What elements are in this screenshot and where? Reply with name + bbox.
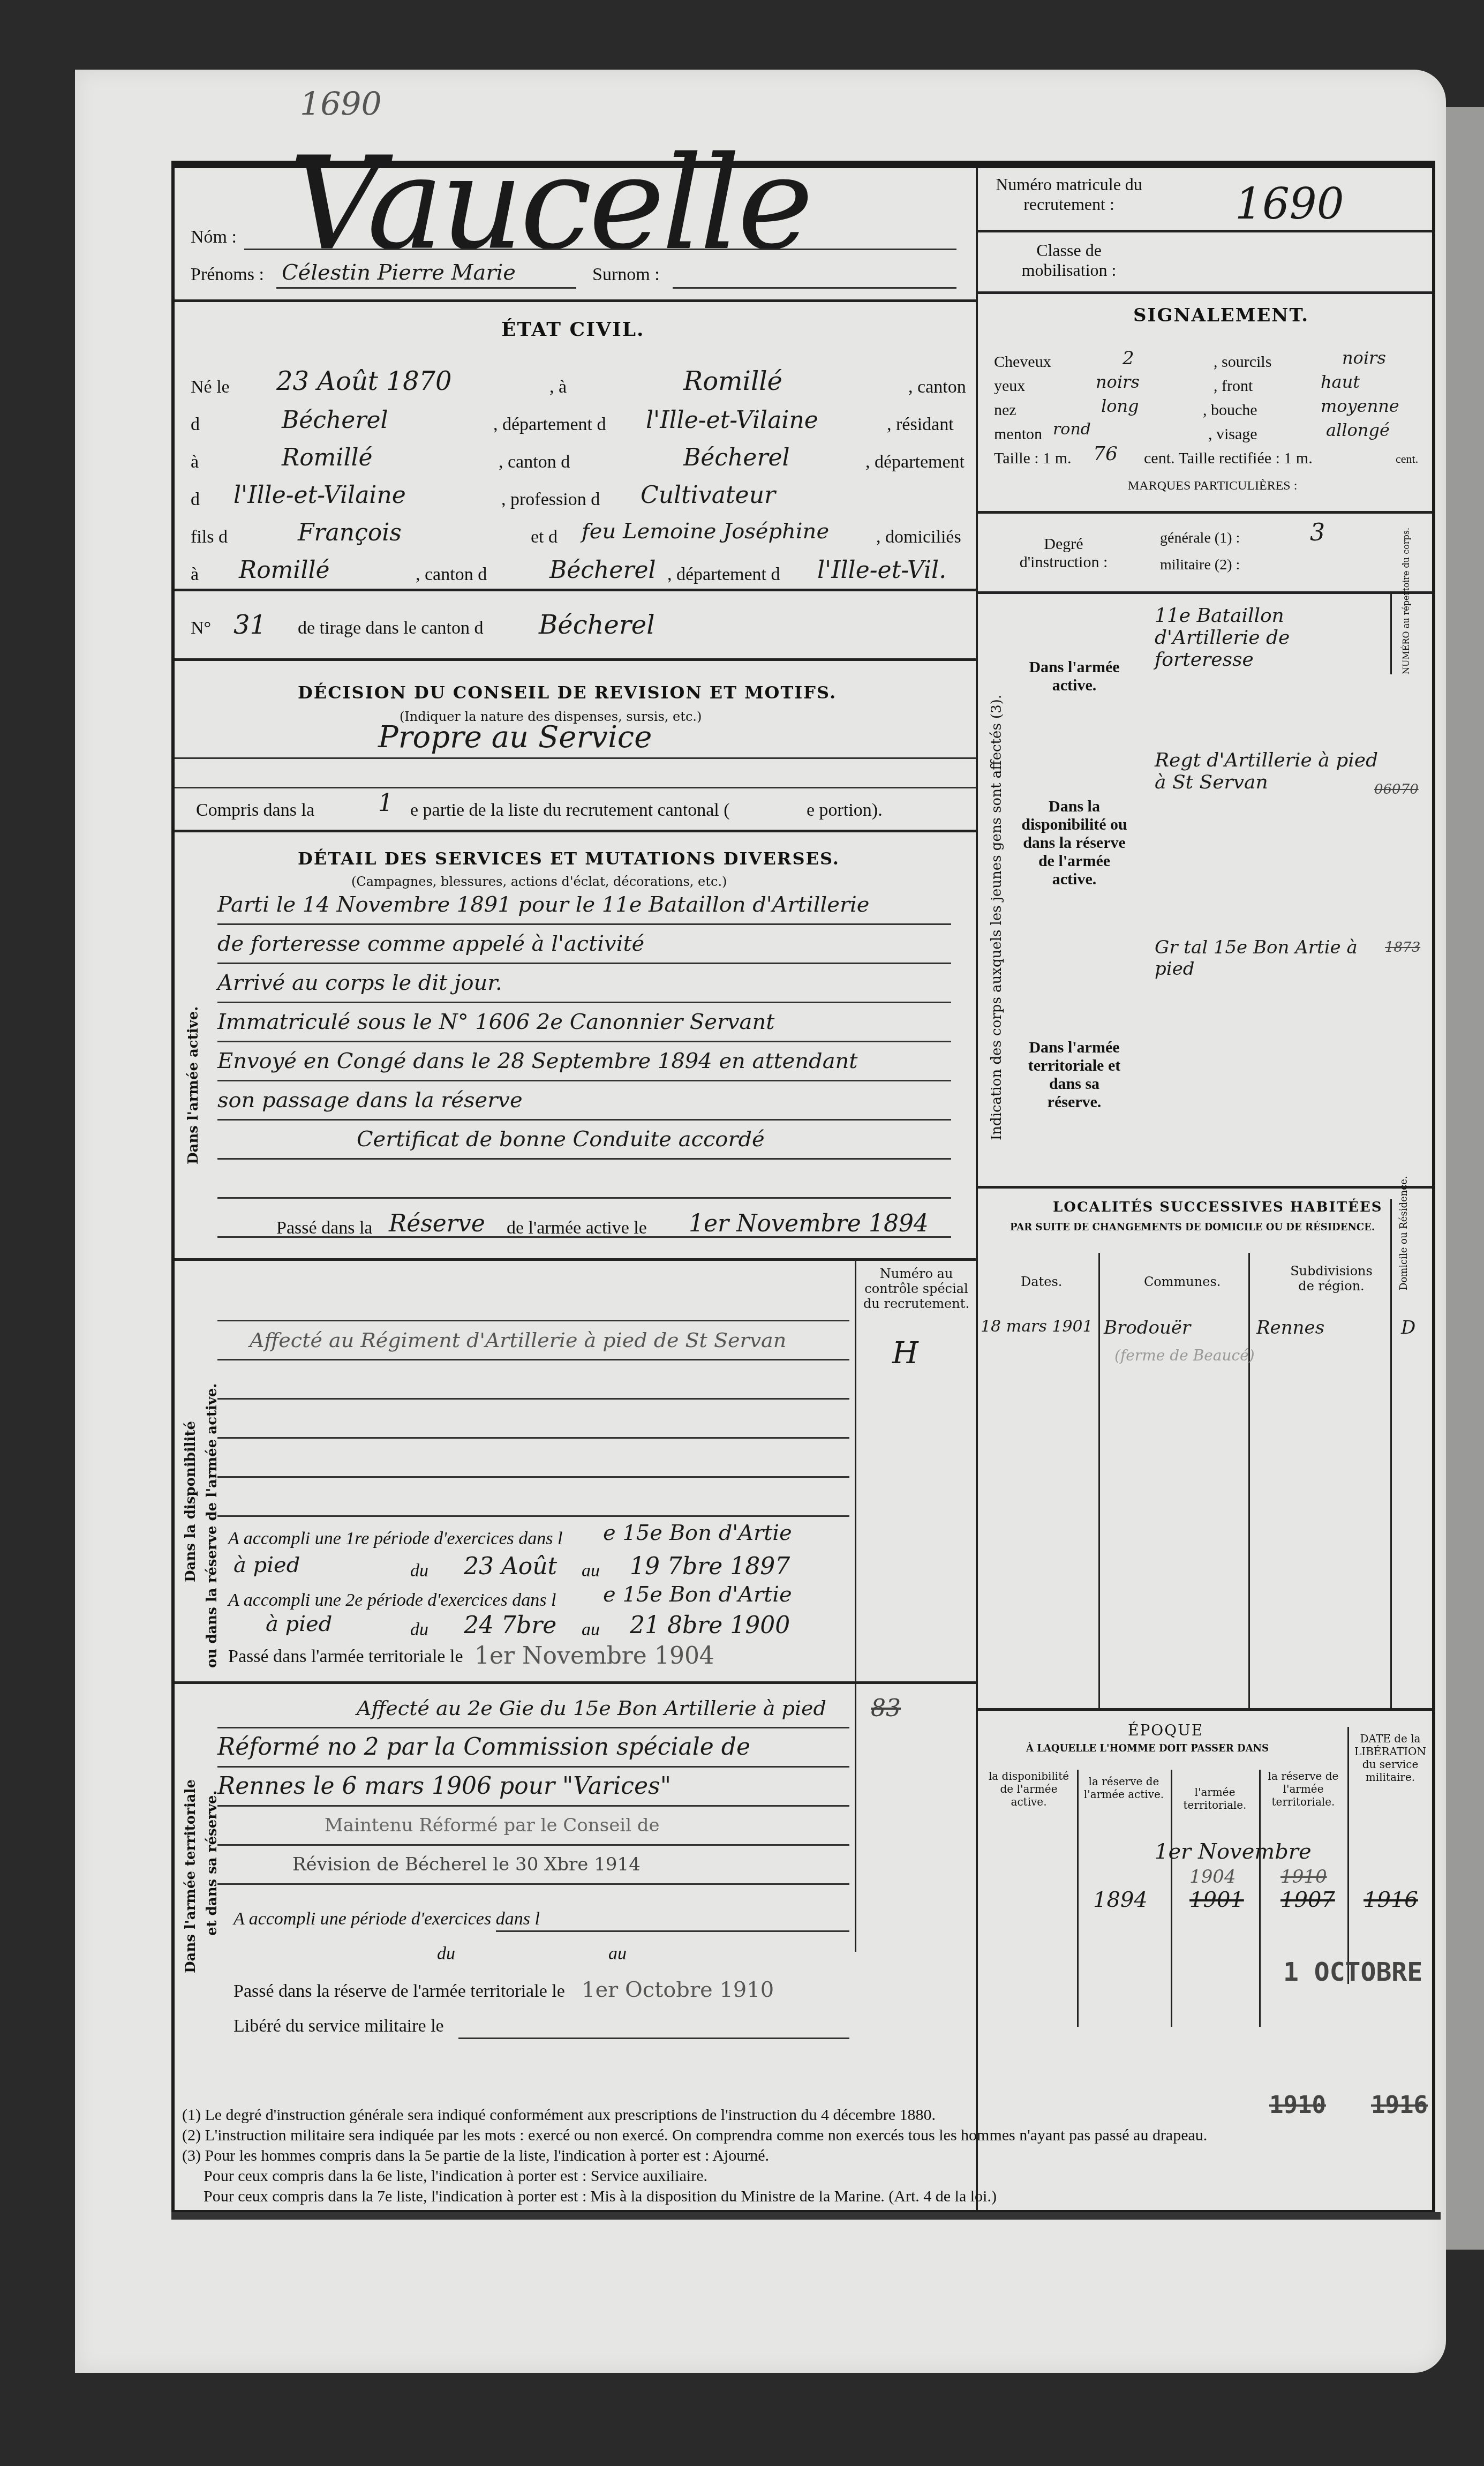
front-label: , front — [1214, 377, 1253, 395]
tirage-canton-label: de tirage dans le canton d — [298, 618, 483, 638]
periode1-label: A accompli une 1re période d'exercices d… — [228, 1529, 562, 1549]
territoriale-numero: 83 — [871, 1695, 901, 1722]
dispo-line-empty — [217, 1360, 849, 1400]
periode2-corps-2: à pied — [266, 1612, 332, 1636]
service-line: Parti le 14 Novembre 1891 pour le 11e Ba… — [217, 886, 951, 925]
revision-stamp-line: Révision de Bécherel le 30 Xbre 1914 — [217, 1846, 849, 1885]
service-line: Envoyé en Congé dans le 28 Septembre 189… — [217, 1042, 951, 1081]
service-line: de forteresse comme appelé à l'activité — [217, 925, 951, 964]
a-label: , à — [549, 377, 567, 397]
localites-section: LOCALITÉS SUCCESSIVES HABITÉES PAR SUITE… — [978, 1189, 1432, 1711]
birth-place: Romillé — [683, 366, 782, 396]
disponibilite-lines: Affecté au Régiment d'Artillerie à pied … — [217, 1282, 849, 1517]
periode1-du: 23 Août — [464, 1553, 557, 1580]
affecte-line: Affecté au Régiment d'Artillerie à pied … — [217, 1321, 849, 1360]
residence-dept-label: , département — [865, 452, 965, 472]
nom-line — [244, 249, 956, 250]
disponibilite-side-label-1: Dans la disponibilité — [183, 1421, 199, 1582]
ne-le-label: Né le — [191, 377, 230, 397]
footnote-1: (1) Le degré d'instruction générale sera… — [182, 2105, 1207, 2125]
services-title: DÉTAIL DES SERVICES ET MUTATIONS DIVERSE… — [298, 848, 840, 869]
birth-canton: Bécherel — [282, 407, 388, 434]
birth-departement: l'Ille-et-Vilaine — [646, 407, 818, 434]
periode1-au: 19 7bre 1897 — [630, 1553, 790, 1580]
passe-territoriale-value: 1er Novembre 1904 — [474, 1642, 714, 1670]
matricule-value: 1690 — [1235, 179, 1344, 229]
services-lines: Parti le 14 Novembre 1891 pour le 11e Ba… — [217, 886, 951, 1238]
visage-value: allongé — [1326, 420, 1390, 440]
numero-column-divider — [855, 1261, 856, 1684]
residence-value: Romillé — [282, 444, 373, 471]
localite-date: 18 mars 1901 — [981, 1317, 1093, 1336]
left-column: Nóm : Prénoms : Célestin Pierre Marie Su… — [175, 168, 978, 2210]
disponibilite-section: Dans la disponibilité ou dans la réserve… — [175, 1261, 976, 1684]
bouche-value: moyenne — [1321, 396, 1399, 416]
service-line-empty — [217, 1160, 951, 1199]
domicile-value: Romillé — [239, 557, 330, 584]
localite-dr: D — [1401, 1317, 1415, 1339]
yeux-value: noirs — [1096, 372, 1140, 392]
cheveux-value: 2 — [1123, 348, 1134, 369]
bouche-label: , bouche — [1203, 401, 1257, 419]
corps-disponibilite-numero: 06070 — [1374, 781, 1419, 798]
date-stamp-year-1910: 1910 — [1269, 2092, 1326, 2119]
localite-subdivision: Rennes — [1256, 1317, 1324, 1339]
epoque-liberation-value: 1916 — [1364, 1888, 1418, 1912]
corps-active-label: Dans l'armée active. — [1021, 658, 1128, 695]
mother-name: feu Lemoine Joséphine — [582, 519, 829, 544]
corps-disponibilite-label: Dans la disponibilité ou dans la réserve… — [1021, 798, 1128, 889]
epoque-divider — [1171, 1770, 1172, 2027]
corps-territoriale-numero: 1873 — [1385, 939, 1420, 956]
taille-label: Taille : 1 m. — [994, 449, 1072, 468]
marques-title: MARQUES PARTICULIÈRES : — [1128, 479, 1297, 493]
nez-value: long — [1101, 396, 1139, 416]
epoque-title: ÉPOQUE — [1128, 1721, 1203, 1739]
epoque-territoriale-struck: 1901 — [1189, 1888, 1244, 1912]
epoque-reserve-territoriale-corrected: 1910 — [1280, 1866, 1327, 1888]
profession-label: , profession d — [501, 490, 600, 510]
localites-col-subdivisions: Subdivisions de région. — [1286, 1264, 1377, 1294]
repertoire-label: NUMÉRO au répertoire du corps. — [1401, 528, 1411, 674]
footnote-2: (2) L'instruction militaire sera indiqué… — [182, 2125, 1207, 2146]
date-stamp-year-1916: 1916 — [1371, 2092, 1428, 2119]
tirage-number: 31 — [233, 610, 266, 640]
dispo-line-empty — [217, 1282, 849, 1321]
passe-date-label: de l'armée active le — [507, 1218, 647, 1238]
fils-label: fils d — [191, 527, 228, 547]
decision-line — [175, 757, 976, 759]
decision-section: DÉCISION DU CONSEIL DE REVISION ET MOTIF… — [175, 661, 976, 832]
domicile-canton-value: Bécherel — [549, 557, 656, 584]
canton-prefix: d — [191, 415, 200, 435]
territoriale-lines: Affecté au 2e Gie du 15e Bon Artillerie … — [217, 1689, 849, 1885]
periode1-corps-2: à pied — [233, 1553, 300, 1577]
degre-instruction-label: Degré d'instruction : — [1010, 535, 1117, 572]
service-line: Immatriculé sous le N° 1606 2e Canonnier… — [217, 1003, 951, 1042]
et-de-label: et d — [531, 527, 558, 547]
epoque-month: 1er Novembre — [1155, 1839, 1312, 1864]
residence-canton-value: Bécherel — [683, 444, 790, 471]
dispo-line-empty — [217, 1478, 849, 1517]
date-stamp-octobre: 1 OCTOBRE — [1283, 1957, 1422, 1987]
localites-col-dr: Domicile ou Résidence. — [1398, 1205, 1410, 1290]
epoque-reserve-active-year: 1894 — [1093, 1888, 1148, 1912]
residence-canton-label: , canton d — [499, 452, 570, 472]
localites-col-communes: Communes. — [1144, 1274, 1221, 1289]
epoque-divider — [1259, 1770, 1261, 2027]
nez-label: nez — [994, 401, 1016, 419]
passe-reserve-label: Passé dans la — [276, 1218, 372, 1238]
front-value: haut — [1321, 372, 1360, 392]
localites-title: LOCALITÉS SUCCESSIVES HABITÉES — [1053, 1199, 1382, 1215]
service-line: Arrivé au corps le dit jour. — [217, 964, 951, 1003]
passe-reserve-value: Réserve — [389, 1210, 485, 1237]
maintenu-stamp-line: Maintenu Réformé par le Conseil de — [217, 1807, 849, 1846]
menton-label: menton — [994, 425, 1042, 443]
tirage-section: N° 31 de tirage dans le canton d Béchere… — [175, 591, 976, 661]
periode2-du-label: du — [410, 1620, 428, 1640]
periode2-label: A accompli une 2e période d'exercices da… — [228, 1590, 556, 1611]
compris-label-2: e partie de la liste du recrutement cant… — [410, 800, 730, 821]
periode2-corps: e 15e Bon d'Artie — [603, 1582, 792, 1607]
decision-line-2 — [175, 787, 976, 788]
localites-divider — [1390, 1199, 1392, 1711]
taille-rectifiee-label: cent. Taille rectifiée : 1 m. — [1144, 449, 1313, 468]
tirage-canton-value: Bécherel — [539, 610, 655, 640]
classe-block: Classe de mobilisation : — [978, 232, 1432, 294]
father-name: François — [298, 519, 402, 546]
classe-label: Classe de mobilisation : — [994, 240, 1144, 280]
territoriale-du-label: du — [437, 1944, 455, 1964]
compris-partie-value: 1 — [378, 790, 393, 817]
localites-divider — [1098, 1253, 1100, 1711]
passe-reserve-territoriale-value: 1er Octobre 1910 — [582, 1978, 774, 2002]
departement-label: , département d — [493, 415, 606, 435]
epoque-reserve-territoriale-struck: 1907 — [1280, 1888, 1335, 1912]
adjacent-page-edge — [1446, 107, 1484, 2250]
residence-prefix: à — [191, 452, 199, 472]
taille-value: 76 — [1093, 443, 1118, 465]
militaire-label: militaire (2) : — [1160, 557, 1240, 574]
numero-controle-header: Numéro au contrôle spécial du recrutemen… — [863, 1266, 970, 1311]
residant-label: , résidant — [887, 415, 954, 435]
etat-civil-section: ÉTAT CIVIL. Né le 23 Août 1870 , à Romil… — [175, 302, 976, 591]
yeux-label: yeux — [994, 377, 1025, 395]
dispo-line-empty — [217, 1400, 849, 1439]
epoque-col-territoriale: l'armée territoriale. — [1173, 1786, 1256, 1811]
periode-line — [496, 1930, 849, 1932]
prenoms-label: Prénoms : — [191, 265, 264, 285]
compris-label: Compris dans la — [196, 800, 314, 821]
periode1-du-label: du — [410, 1561, 428, 1581]
profession-value: Cultivateur — [641, 482, 775, 509]
domicilies-label: , domiciliés — [876, 527, 961, 547]
epoque-col-disponibilite: la disponibilité de l'armée active. — [983, 1770, 1074, 1808]
footnote-3b: Pour ceux compris dans la 6e liste, l'in… — [182, 2166, 1207, 2186]
territoriale-periode-label: A accompli une période d'exercices dans … — [233, 1909, 540, 1929]
decision-value: Propre au Service — [378, 720, 652, 755]
surnom-line — [673, 287, 956, 289]
epoque-col-liberation: DATE de la LIBÉRATION du service militai… — [1353, 1732, 1428, 1784]
matricule-block: Numéro matricule du recrutement : 1690 — [978, 168, 1432, 232]
localite-commune: Brodouër — [1104, 1317, 1191, 1339]
corps-side-label: Indication des corps auxquels les jeunes… — [989, 695, 1005, 1140]
domicile-canton-label: , canton d — [416, 565, 487, 585]
domicile-dept-label: , département d — [667, 565, 780, 585]
corps-territoriale-label: Dans l'armée territoriale et dans sa rés… — [1021, 1039, 1128, 1111]
generale-label: générale (1) : — [1160, 530, 1240, 547]
no-label: N° — [191, 618, 211, 638]
localites-divider — [1248, 1253, 1250, 1711]
corps-section: Indication des corps auxquels les jeunes… — [978, 594, 1432, 1189]
domicile-prefix: à — [191, 565, 199, 585]
residence-dept-prefix: d — [191, 490, 200, 510]
prenoms-line — [276, 287, 576, 289]
generale-value: 3 — [1310, 519, 1325, 546]
dispo-line-empty — [217, 1439, 849, 1478]
corps-active-value: 11e Bataillon d'Artillerie de forteresse — [1155, 605, 1380, 671]
epoque-subtitle: À LAQUELLE L'HOMME DOIT PASSER DANS — [1026, 1743, 1269, 1754]
epoque-liberation-divider — [1347, 1727, 1349, 1984]
instruction-section: Degré d'instruction : générale (1) : 3 m… — [978, 514, 1432, 594]
margin-matricule-note: 1690 — [300, 86, 382, 123]
nom-label: Nóm : — [191, 227, 237, 247]
periode1-au-label: au — [582, 1561, 600, 1581]
epoque-divider — [1077, 1770, 1079, 2027]
libere-line — [458, 2038, 849, 2039]
periode2-au: 21 8bre 1900 — [630, 1612, 790, 1639]
service-line: Certificat de bonne Conduite accordé — [217, 1121, 951, 1160]
etat-civil-title: ÉTAT CIVIL. — [501, 318, 645, 341]
signalement-section: SIGNALEMENT. Cheveux 2 , sourcils noirs … — [978, 294, 1432, 514]
localite-note: (ferme de Beaucé) — [1114, 1347, 1255, 1364]
armee-active-side-label: Dans l'armée active. — [185, 1006, 201, 1164]
territoriale-line: Réformé no 2 par la Commission spéciale … — [217, 1728, 849, 1768]
identity-block: Nóm : Prénoms : Célestin Pierre Marie Su… — [175, 168, 976, 302]
territoriale-line: Rennes le 6 mars 1906 pour "Varices" — [217, 1768, 849, 1807]
visage-label: , visage — [1208, 425, 1257, 443]
periode1-corps: e 15e Bon d'Artie — [603, 1521, 792, 1545]
cheveux-label: Cheveux — [994, 353, 1051, 371]
corps-territoriale-value: Gr tal 15e Bon Artie à pied — [1155, 937, 1380, 980]
periode2-du: 24 7bre — [464, 1612, 556, 1639]
bottom-border-rule — [171, 2212, 1441, 2220]
matricule-label: Numéro matricule du recrutement : — [994, 175, 1144, 214]
prenoms-value: Célestin Pierre Marie — [282, 260, 516, 285]
signalement-title: SIGNALEMENT. — [1133, 305, 1309, 326]
numero-column-divider — [855, 1684, 856, 1952]
passe-territoriale-label: Passé dans l'armée territoriale le — [228, 1646, 463, 1667]
menton-value: rond — [1053, 420, 1091, 439]
localites-col-dates: Dates. — [1021, 1274, 1062, 1289]
cent-label: cent. — [1396, 452, 1418, 466]
portion-label: e portion). — [807, 800, 883, 821]
surnom-label: Surnom : — [592, 265, 660, 285]
sourcils-value: noirs — [1342, 348, 1386, 368]
sourcils-label: , sourcils — [1214, 353, 1271, 371]
residence-dept-value: l'Ille-et-Vilaine — [233, 482, 406, 509]
birth-date: 23 Août 1870 — [276, 366, 452, 396]
numero-controle-value: H — [892, 1336, 918, 1371]
corps-disponibilite-value: Regt d'Artillerie à pied à St Servan — [1155, 749, 1380, 793]
libere-label: Libéré du service militaire le — [233, 2016, 444, 2036]
repertoire-divider — [1390, 594, 1392, 674]
territoriale-au-label: au — [608, 1944, 627, 1964]
periode2-au-label: au — [582, 1620, 600, 1640]
right-column: Numéro matricule du recrutement : 1690 C… — [978, 168, 1432, 2210]
footnotes: (1) Le degré d'instruction générale sera… — [182, 2105, 1207, 2207]
epoque-col-reserve-active: la réserve de l'armée active. — [1080, 1775, 1168, 1801]
domicile-dept-value: l'Ille-et-Vil. — [817, 557, 946, 584]
territoriale-line: Affecté au 2e Gie du 15e Bon Artillerie … — [217, 1689, 849, 1728]
decision-title: DÉCISION DU CONSEIL DE REVISION ET MOTIF… — [298, 682, 837, 703]
service-line: son passage dans la réserve — [217, 1081, 951, 1121]
localites-subtitle: PAR SUITE DE CHANGEMENTS DE DOMICILE OU … — [1010, 1222, 1375, 1233]
passe-reserve-territoriale-label: Passé dans la réserve de l'armée territo… — [233, 1981, 565, 2002]
services-section: DÉTAIL DES SERVICES ET MUTATIONS DIVERSE… — [175, 832, 976, 1261]
territoriale-side-label-1: Dans l'armée territoriale — [183, 1779, 199, 1973]
registre-matricule-form: Nóm : Prénoms : Célestin Pierre Marie Su… — [171, 161, 1435, 2217]
footnote-3c: Pour ceux compris dans la 7e liste, l'in… — [182, 2186, 1207, 2207]
epoque-col-reserve-territoriale: la réserve de l'armée territoriale. — [1262, 1770, 1345, 1808]
canton-label: , canton — [908, 377, 966, 397]
footnote-3: (3) Pour les hommes compris dans la 5e p… — [182, 2146, 1207, 2166]
epoque-territoriale-corrected: 1904 — [1189, 1866, 1236, 1888]
passe-date-value: 1er Novembre 1894 — [689, 1210, 929, 1237]
